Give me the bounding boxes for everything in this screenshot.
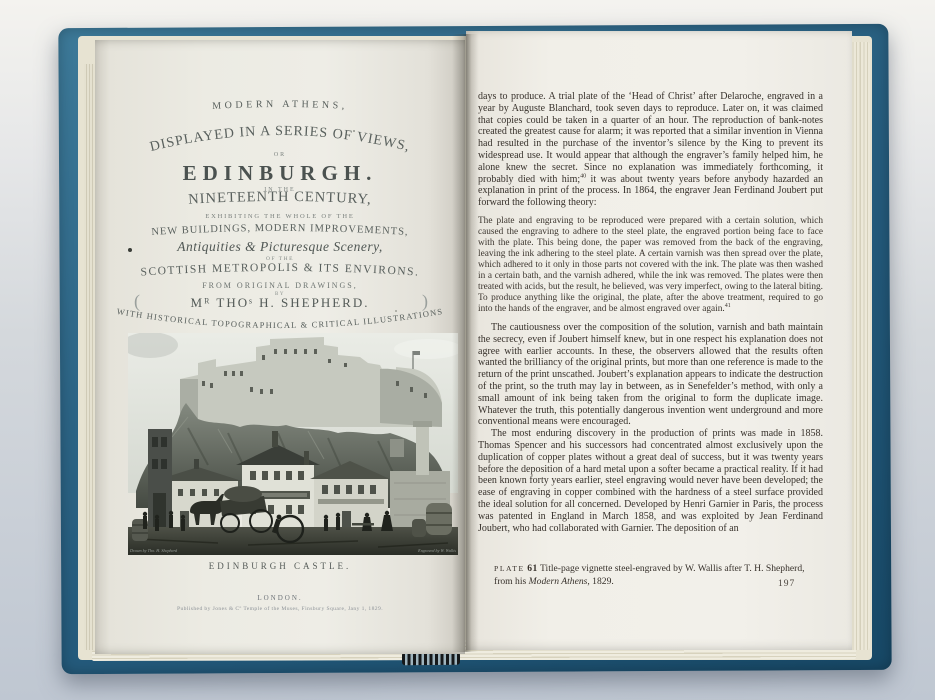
quotation-text: The plate and engraving to be reproduced… bbox=[478, 216, 823, 314]
engraving-drawn-by-credit: Drawn by Tho. H. Shepherd bbox=[129, 548, 178, 553]
paragraph-continuation: days to produce. A trial plate of the ‘H… bbox=[478, 91, 823, 209]
title-line-exhibiting: EXHIBITING THE WHOLE OF THE bbox=[205, 213, 354, 220]
body-text-column: days to produce. A trial plate of the ‘H… bbox=[478, 91, 823, 534]
title-line-shepherd: Mᴿ THOˢ H. SHEPHERD. bbox=[191, 295, 370, 310]
engraving-caption: EDINBURGH CASTLE. bbox=[95, 561, 465, 571]
title-line-modern-athens: MODERN ATHENS, bbox=[212, 99, 348, 112]
title-line-of-the: OF THE bbox=[266, 256, 294, 262]
right-page-text-page: days to produce. A trial plate of the ‘H… bbox=[466, 31, 852, 650]
page-number: 197 bbox=[778, 579, 795, 589]
title-line-new-buildings: NEW BUILDINGS, MODERN IMPROVEMENTS, bbox=[151, 223, 409, 238]
edinburgh-castle-engraving: Drawn by Tho. H. Shepherd Engraved by W.… bbox=[128, 333, 458, 555]
plate-label: PLATE bbox=[494, 564, 525, 573]
book-gutter-shadow bbox=[452, 34, 478, 652]
engraved-title-text: MODERN ATHENS, DISPLAYED IN A SERIES OF … bbox=[95, 92, 465, 337]
title-line-antiquities: Antiquities & Picturesque Scenery, bbox=[176, 239, 382, 254]
plate-number: 61 bbox=[527, 563, 538, 574]
title-line-from-original: FROM ORIGINAL DRAWINGS, bbox=[202, 281, 358, 290]
left-page-title-page: MODERN ATHENS, DISPLAYED IN A SERIES OF … bbox=[95, 40, 465, 654]
title-line-edinburgh: EDINBURGH. bbox=[183, 161, 378, 185]
title-line-displayed: DISPLAYED IN A SERIES OF VIEWS, bbox=[148, 124, 411, 155]
page-edges-left bbox=[84, 64, 95, 650]
foxing-spot bbox=[353, 130, 355, 132]
title-line-or: OR bbox=[274, 152, 286, 158]
block-quotation: The plate and engraving to be reproduced… bbox=[478, 216, 823, 315]
plate-caption-book-title: Modern Athens bbox=[529, 576, 588, 587]
imprint-city: LONDON. bbox=[95, 594, 465, 602]
foxing-spot bbox=[128, 248, 132, 252]
page-edges-right bbox=[850, 42, 870, 650]
plate-caption-year: , 1829. bbox=[587, 576, 613, 587]
foxing-spot bbox=[395, 310, 397, 312]
title-line-scottish-metropolis: SCOTTISH METROPOLIS & ITS ENVIRONS. bbox=[140, 262, 420, 279]
paragraph-text: days to produce. A trial plate of the ‘H… bbox=[478, 91, 823, 185]
flourish-paren-left: ( bbox=[134, 291, 140, 312]
plate-caption-block: PLATE 61 Title-page vignette steel-engra… bbox=[494, 563, 824, 588]
engraving-engraved-by-credit: Engraved by W. Wallis bbox=[417, 548, 456, 553]
title-line-nineteenth-century: NINETEENTH CENTURY, bbox=[188, 189, 372, 208]
paragraph: The cautiousness over the composition of… bbox=[478, 322, 823, 428]
paragraph: The most enduring discovery in the produ… bbox=[478, 428, 823, 534]
imprint-publisher-line: Published by Jones & Cº Temple of the Mu… bbox=[95, 606, 465, 612]
footnote-marker: 41 bbox=[725, 303, 731, 309]
book-photo: MODERN ATHENS, DISPLAYED IN A SERIES OF … bbox=[0, 0, 935, 700]
